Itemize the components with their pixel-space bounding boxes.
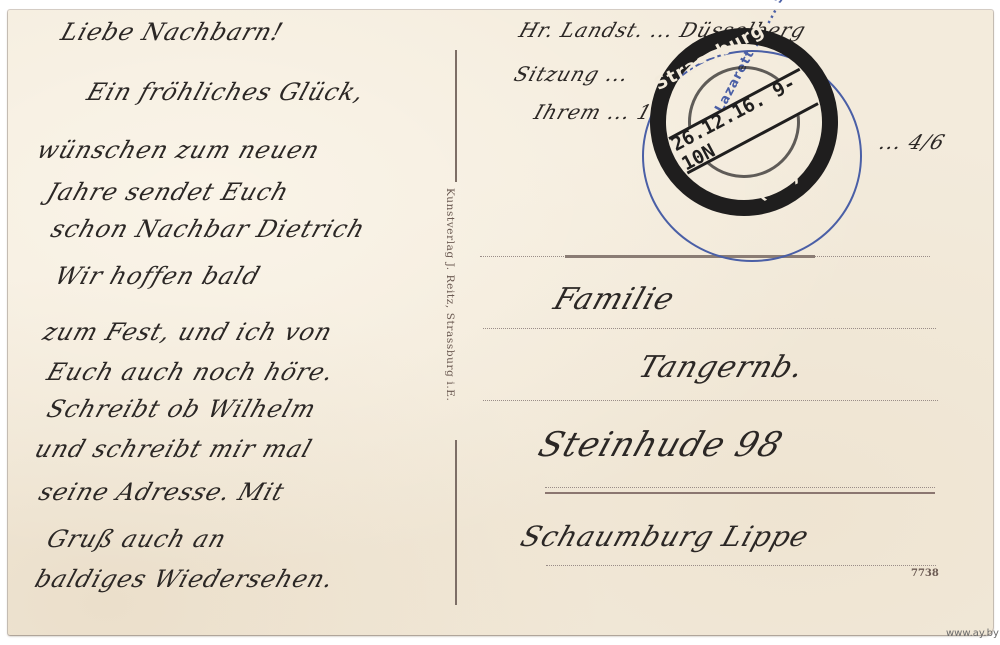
address-guide-line (545, 487, 935, 488)
publisher-imprint: Kunstverlag J. Reitz, Strassburg i.E. (444, 188, 456, 402)
message-line: und schreibt mir mal (31, 435, 315, 463)
message-line: seine Adresse. Mit (35, 478, 288, 506)
message-line: Jahre sendet Euch (43, 178, 292, 206)
message-line: Liebe Nachbarn! (57, 18, 287, 46)
message-line: wünschen zum neuen (33, 136, 323, 164)
message-line: schon Nachbar Dietrich (47, 215, 369, 243)
recipient-line-2: Tangernb. (634, 350, 809, 385)
message-line: Euch auch noch höre. (43, 358, 338, 386)
address-guide-line (546, 565, 936, 566)
message-line: zum Fest, und ich von (39, 318, 336, 346)
watermark: www.ay.by (946, 628, 999, 639)
recipient-line-3: Steinhude 98 (534, 425, 789, 465)
message-line: Ein fröhliches Glück, (83, 78, 368, 106)
destination-underline (545, 492, 935, 494)
message-line: baldiges Wiedersehen. (31, 565, 337, 593)
recipient-line-1: Familie (549, 282, 679, 317)
center-divider-bottom (455, 440, 457, 605)
card-number: 7738 (911, 568, 939, 579)
recipient-line-4: Schaumburg Lippe (517, 520, 814, 553)
message-line: Schreibt ob Wilhelm (43, 395, 320, 423)
sender-line: ... 4/6 (876, 130, 948, 154)
message-line: Gruß auch an (43, 525, 230, 553)
sender-line: Sitzung ... (511, 62, 632, 86)
center-divider-top (455, 50, 457, 182)
message-line: Wir hoffen bald (51, 262, 264, 290)
address-guide-line (483, 328, 936, 329)
address-guide-line (483, 400, 938, 401)
